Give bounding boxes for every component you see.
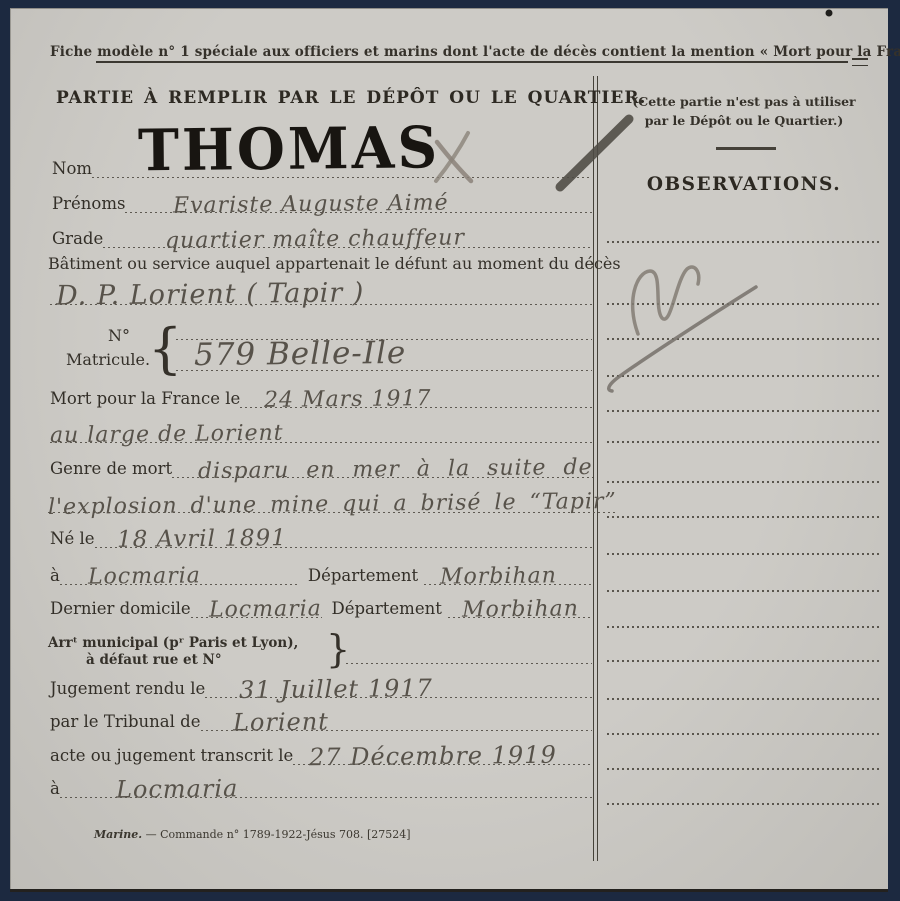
field-mort-line: 24 Mars 1917: [240, 378, 592, 408]
right-notice-line2: par le Dépôt ou le Quartier.): [608, 111, 880, 130]
field-ne-value: 18 Avril 1891: [116, 527, 286, 552]
field-birthplace-line: Locmaria: [60, 555, 298, 585]
observations-ruled-line: [607, 481, 879, 483]
observations-ruled-line: [607, 590, 879, 592]
field-mort-label: Mort pour la France le: [50, 391, 240, 409]
field-ne-line: 18 Avril 1891: [95, 518, 593, 548]
field-mort: Mort pour la France le 24 Mars 1917: [50, 378, 592, 408]
field-birthplace-value: Locmaria: [88, 565, 201, 588]
observations-ruled-line: [607, 626, 879, 628]
field-dept2-label: Département: [322, 601, 448, 619]
field-transcrit-line: 27 Décembre 1919: [293, 735, 592, 765]
field-genre-label: Genre de mort: [50, 461, 172, 479]
record-card: Fiche modèle n° 1 spéciale aux officiers…: [10, 8, 888, 892]
print-reference-text: — Commande n° 1789-1922-Jésus 708. [2752…: [142, 828, 410, 841]
field-domicile-label: Dernier domicile: [50, 601, 191, 619]
observations-ruled-line: [607, 553, 879, 555]
field-matricule-label-1: N°: [108, 326, 130, 345]
field-dept1-label: Département: [298, 568, 424, 586]
field-arr-label-2: à défaut rue et N°: [86, 652, 222, 668]
field-birthplace: à Locmaria Département Morbihan: [50, 555, 592, 585]
field-dept2-value: Morbihan: [462, 598, 579, 621]
field-matricule-value: 579 Belle-Ile: [194, 338, 407, 371]
field-birthplace-label: à: [50, 568, 60, 586]
column-divider: [593, 76, 598, 861]
field-genre: Genre de mort disparu en mer à la suite …: [50, 448, 592, 478]
field-transcrit-lieu: à Locmaria: [50, 768, 592, 798]
observations-ruled-line: [607, 733, 879, 735]
field-prenoms-value: Evariste Auguste Aimé: [173, 193, 449, 218]
observations-ruled-line: [607, 441, 879, 443]
field-dept2-line: Morbihan: [448, 588, 592, 618]
field-dept1-line: Morbihan: [424, 555, 592, 585]
field-prenoms-line: Evariste Auguste Aimé: [125, 183, 592, 213]
field-mort-lieu-value: au large de Lorient: [50, 423, 284, 447]
form-model-notice: Fiche modèle n° 1 spéciale aux officiers…: [50, 44, 850, 60]
field-domicile-line: Locmaria: [191, 588, 322, 618]
observations-ruled-line: [607, 660, 879, 662]
right-notice-line1: (Cette partie n'est pas à utiliser: [608, 92, 880, 111]
field-tribunal-label: par le Tribunal de: [50, 714, 201, 732]
field-prenoms-label: Prénoms: [52, 196, 125, 214]
notice-underline: [96, 61, 848, 63]
observations-ruled-line: [607, 338, 879, 340]
field-grade-value: quartier maîte chauffeur: [165, 227, 465, 252]
field-domicile-value: Locmaria: [209, 598, 322, 621]
observations-ruled-line: [607, 516, 879, 518]
field-nom-label: Nom: [52, 161, 92, 179]
field-mort-value: 24 Mars 1917: [264, 388, 432, 412]
print-reference: Marine. — Commande n° 1789-1922-Jésus 70…: [94, 828, 411, 841]
field-transcrit-label: acte ou jugement transcrit le: [50, 748, 293, 766]
arr-line-fill: [346, 638, 592, 664]
field-genre-value-1: disparu en mer à la suite de: [198, 457, 593, 483]
field-nom-line: [92, 148, 592, 178]
scanned-page: Fiche modèle n° 1 spéciale aux officiers…: [0, 0, 900, 901]
observations-ruled-line: [607, 698, 879, 700]
field-prenoms: Prénoms Evariste Auguste Aimé: [52, 183, 592, 213]
field-batiment-label: Bâtiment ou service auquel appartenait l…: [48, 254, 621, 273]
field-jugement-label: Jugement rendu le: [50, 681, 205, 699]
field-arr-line: [346, 638, 592, 664]
field-dept1-value: Morbihan: [440, 565, 557, 588]
field-genre-2: l'explosion d'une mine qui a brisé le “T…: [48, 483, 592, 513]
field-matricule-label-2: Matricule.: [66, 350, 150, 369]
field-ne: Né le 18 Avril 1891: [50, 518, 592, 548]
observations-ruled-line: [607, 768, 879, 770]
observations-title: OBSERVATIONS.: [608, 174, 880, 195]
field-batiment-line: D. P. Lorient ( Tapir ): [50, 273, 592, 305]
field-tribunal: par le Tribunal de Lorient: [50, 701, 592, 731]
field-transcrit-lieu-value: Locmaria: [116, 776, 239, 801]
field-genre-line: disparu en mer à la suite de: [172, 448, 593, 478]
field-ne-label: Né le: [50, 531, 95, 549]
field-grade-line: quartier maîte chauffeur: [103, 218, 592, 248]
field-genre-line-2: l'explosion d'une mine qui a brisé le “T…: [48, 483, 617, 513]
notice-end-dash: [852, 58, 868, 66]
field-transcrit-lieu-line: Locmaria: [60, 768, 592, 798]
field-grade: Grade quartier maîte chauffeur: [52, 218, 592, 248]
field-transcrit: acte ou jugement transcrit le 27 Décembr…: [50, 735, 592, 765]
observations-ruled-line: [607, 303, 879, 305]
field-domicile: Dernier domicile Locmaria Département Mo…: [50, 588, 592, 618]
field-transcrit-lieu-label: à: [50, 781, 60, 799]
field-transcrit-value: 27 Décembre 1919: [309, 743, 557, 770]
print-reference-marine: Marine.: [94, 828, 142, 841]
field-tribunal-value: Lorient: [232, 709, 328, 734]
field-grade-label: Grade: [52, 231, 103, 249]
field-jugement-value: 31 Juillet 1917: [239, 676, 433, 702]
field-jugement: Jugement rendu le 31 Juillet 1917: [50, 668, 592, 698]
observations-ruled-line: [607, 241, 879, 243]
field-genre-value-2: l'explosion d'une mine qui a brisé le “T…: [48, 491, 617, 519]
left-section-title: PARTIE À REMPLIR PAR LE DÉPÔT OU LE QUAR…: [56, 88, 594, 108]
field-batiment-value: D. P. Lorient ( Tapir ): [56, 279, 365, 309]
field-nom: Nom: [52, 148, 592, 178]
observations-ruled-line: [607, 410, 879, 412]
observations-ruled-line: [607, 375, 879, 377]
field-tribunal-line: Lorient: [201, 701, 593, 731]
observations-ruled-line: [607, 803, 879, 805]
right-notice: (Cette partie n'est pas à utiliser par l…: [608, 92, 880, 131]
field-mort-lieu: au large de Lorient: [50, 413, 592, 443]
field-arr-label-1: Arrᵗ municipal (pʳ Paris et Lyon),: [48, 635, 298, 651]
field-mort-lieu-line: au large de Lorient: [50, 413, 592, 443]
field-batiment: D. P. Lorient ( Tapir ): [50, 273, 592, 305]
right-notice-rule: [716, 147, 776, 150]
field-jugement-line: 31 Juillet 1917: [205, 668, 592, 698]
